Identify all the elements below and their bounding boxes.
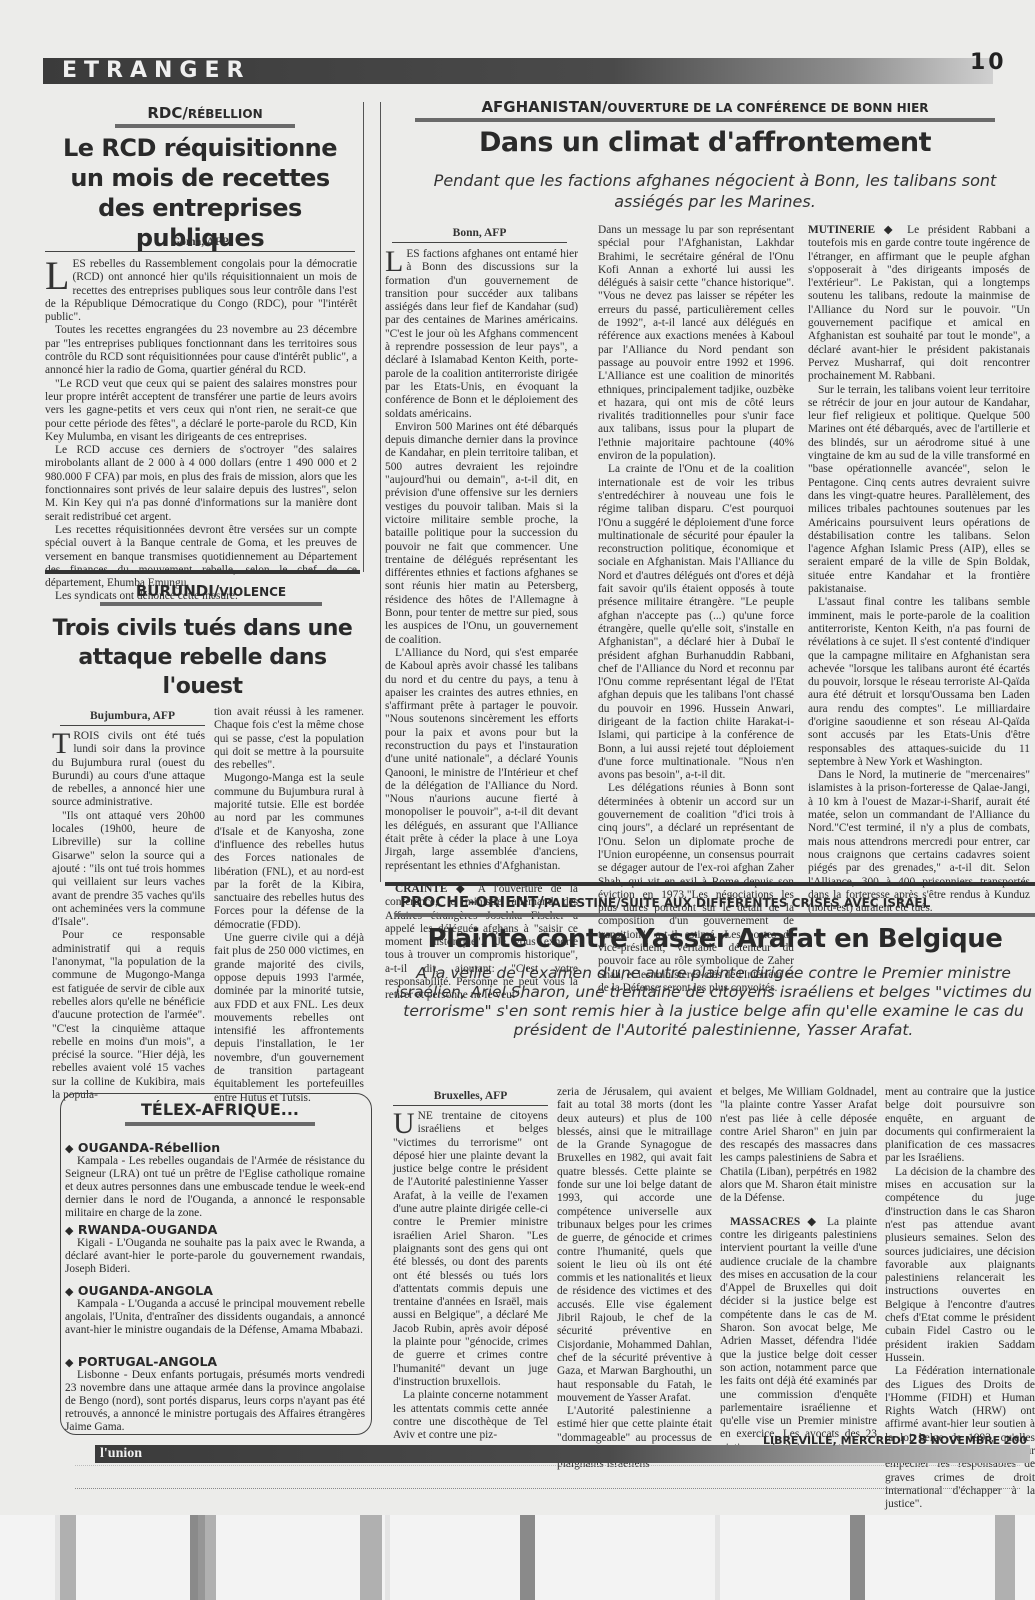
paragraph: Environ 500 Marines ont été débarqués de… (385, 421, 578, 647)
telex-item: ◆ OUGANDA-Rébellion Kampala - Les rebell… (65, 1140, 365, 1220)
article-headline: Le RCD réquisitionne un mois de recettes… (45, 133, 355, 253)
article-deck: A la veille de l'examen d'une autre plai… (392, 964, 1035, 1040)
article-body: LES rebelles du Rassemblement congolais … (45, 258, 357, 604)
article-body-col3: MUTINERIE ◆ Le président Rabbani a toute… (808, 224, 1030, 915)
kicker-sub: Rébellion (188, 107, 263, 121)
column-divider (380, 102, 381, 882)
paragraph: "Le RCD veut que ceux qui se paient des … (45, 378, 357, 444)
date-day: 28 (909, 1433, 927, 1448)
footer-dotted-rule (75, 1465, 1020, 1489)
paragraph: Sur le terrain, les talibans voient leur… (808, 384, 1030, 597)
paragraph: Toutes les recettes engrangées du 23 nov… (45, 324, 357, 377)
kicker-sub: Ouverture de la conférence de Bonn hier (607, 101, 928, 115)
kicker-sub: Palestine/Suite aux différentes crises a… (544, 896, 931, 910)
paragraph: La crainte de l'Onu et de la coalition i… (598, 463, 794, 782)
article-kicker: RDC/Rébellion (115, 104, 295, 128)
article-body-col3: et belges, Me William Goldnadel, "la pla… (720, 1086, 877, 1455)
telex-item: ◆ RWANDA-OUGANDA Kigali - L'Ouganda ne s… (65, 1222, 365, 1276)
paragraph: ROIS civils ont été tués lundi soir dans… (52, 730, 205, 808)
article-headline: Dans un climat d'affrontement (390, 126, 1020, 160)
kicker-main: PROCHE-ORIENT/ (400, 893, 544, 911)
paragraph: La plainte contre les dirigeants palesti… (720, 1216, 877, 1454)
subhead-massacres: MASSACRES (730, 1216, 800, 1228)
article-dateline: Bruxelles, AFP (393, 1090, 548, 1106)
paragraph: La plainte concerne notamment les attent… (393, 1389, 548, 1442)
telex-item-body: Lisbonne - Deux enfants portugais, présu… (65, 1369, 365, 1434)
article-dateline: Bonn, AFP (392, 227, 567, 243)
paragraph: L'Alliance du Nord, qui s'est emparée de… (385, 647, 578, 873)
article-body-col1: UNE trentaine de citoyens israéliens et … (393, 1110, 548, 1442)
kicker-sub: Violence (219, 585, 286, 599)
kicker-main: AFGHANISTAN/ (481, 98, 607, 116)
article-body-col1: TROIS civils ont été tués lundi soir dan… (52, 730, 205, 1102)
footer-date: Libreville, mercredi 28 novembre 200 (763, 1433, 1027, 1448)
drop-cap: T (52, 732, 70, 756)
date-prefix: Libreville, mercredi (763, 1434, 905, 1447)
diamond-bullet-icon: ◆ (65, 1285, 73, 1298)
paragraph: NE trentaine de citoyens israéliens et b… (393, 1110, 548, 1388)
kicker-main: BURUNDI/ (136, 582, 219, 600)
telex-item-body: Kigali - L'Ouganda ne souhaite pas la pa… (65, 1237, 365, 1276)
article-kicker: PROCHE-ORIENT/Palestine/Suite aux différ… (395, 893, 1035, 917)
paragraph: Dans un message lu par son représentant … (598, 224, 794, 463)
telex-item: ◆ OUGANDA-ANGOLA Kampala - L'Ouganda a a… (65, 1283, 365, 1337)
paragraph: La décision de la chambre des mises en a… (885, 1166, 1035, 1365)
page-number: 10 (970, 50, 1007, 75)
section-title: ETRANGER (62, 58, 250, 84)
article-dateline: Bujumbura, AFP (60, 710, 205, 726)
article-deck: Pendant que les factions afghanes négoci… (400, 170, 1030, 212)
telex-item-heading: OUGANDA-Rébellion (78, 1140, 220, 1155)
telex-title: Télex-Afrique... (125, 1100, 315, 1126)
paragraph: ment au contraire que la justice belge d… (885, 1086, 1035, 1166)
drop-cap: U (393, 1112, 415, 1136)
paragraph: Mugongo-Manga est la seule commune du Bu… (214, 772, 364, 932)
diamond-bullet-icon: ◆ (807, 1216, 820, 1228)
article-body-col2: zeria de Jérusalem, qui avaient fait au … (557, 1086, 712, 1472)
paragraph: Pour ce responsable administratif qui a … (52, 929, 205, 1102)
section-divider (385, 882, 1035, 886)
paragraph: zeria de Jérusalem, qui avaient fait au … (557, 1086, 712, 1405)
column-divider (363, 102, 364, 572)
diamond-bullet-icon: ◆ (65, 1356, 73, 1369)
paragraph: Les recettes réquisitionnées devront êtr… (45, 524, 357, 590)
subhead-mutinerie: MUTINERIE (808, 224, 875, 236)
newspaper-logo: l'union (100, 1445, 142, 1463)
drop-cap: L (385, 250, 403, 274)
paragraph: Le président Rabbani a toutefois mis en … (808, 224, 1030, 382)
diamond-bullet-icon: ◆ (884, 224, 899, 236)
section-divider (45, 570, 360, 574)
kicker-main: RDC/ (147, 104, 188, 122)
diamond-bullet-icon: ◆ (65, 1224, 73, 1237)
article-kicker: BURUNDI/Violence (100, 582, 322, 606)
article-headline: Plainte contre Yasser Arafat en Belgique (395, 922, 1035, 956)
telex-item: ◆ PORTUGAL-ANGOLA Lisbonne - Deux enfant… (65, 1354, 365, 1434)
paragraph: ES factions afghanes ont entamé hier à B… (385, 248, 578, 420)
paragraph: Le RCD accuse ces derniers de s'octroyer… (45, 444, 357, 524)
drop-cap: L (45, 260, 69, 292)
article-body-col2: Dans un message lu par son représentant … (598, 224, 794, 995)
scan-background (0, 1515, 1035, 1600)
diamond-bullet-icon: ◆ (65, 1142, 73, 1155)
telex-item-body: Kampala - Les rebelles ougandais de l'Ar… (65, 1155, 365, 1220)
article-body-col1: LES factions afghanes ont entamé hier à … (385, 248, 578, 1003)
paragraph: Une guerre civile qui a déjà fait plus d… (214, 932, 364, 1105)
article-dateline: Goma, AFP (45, 236, 355, 252)
date-suffix: novembre 200 (931, 1434, 1027, 1447)
paragraph: et belges, Me William Goldnadel, "la pla… (720, 1086, 877, 1206)
article-headline: Trois civils tués dans une attaque rebel… (45, 614, 360, 701)
paragraph: ES rebelles du Rassemblement congolais p… (45, 258, 357, 323)
paragraph: "Ils ont attaqué vers 20h00 locales (19h… (52, 810, 205, 930)
paragraph: L'assaut final contre les talibans sembl… (808, 596, 1030, 769)
telex-item-heading: PORTUGAL-ANGOLA (78, 1354, 217, 1369)
article-body-col2: tion avait réussi à les ramener. Chaque … (214, 706, 364, 1105)
paragraph: tion avait réussi à les ramener. Chaque … (214, 706, 364, 772)
article-kicker: AFGHANISTAN/Ouverture de la conférence d… (415, 98, 995, 122)
telex-item-heading: OUGANDA-ANGOLA (78, 1283, 213, 1298)
telex-item-heading: RWANDA-OUGANDA (78, 1222, 217, 1237)
telex-item-body: Kampala - L'Ouganda a accusé le principa… (65, 1298, 365, 1337)
